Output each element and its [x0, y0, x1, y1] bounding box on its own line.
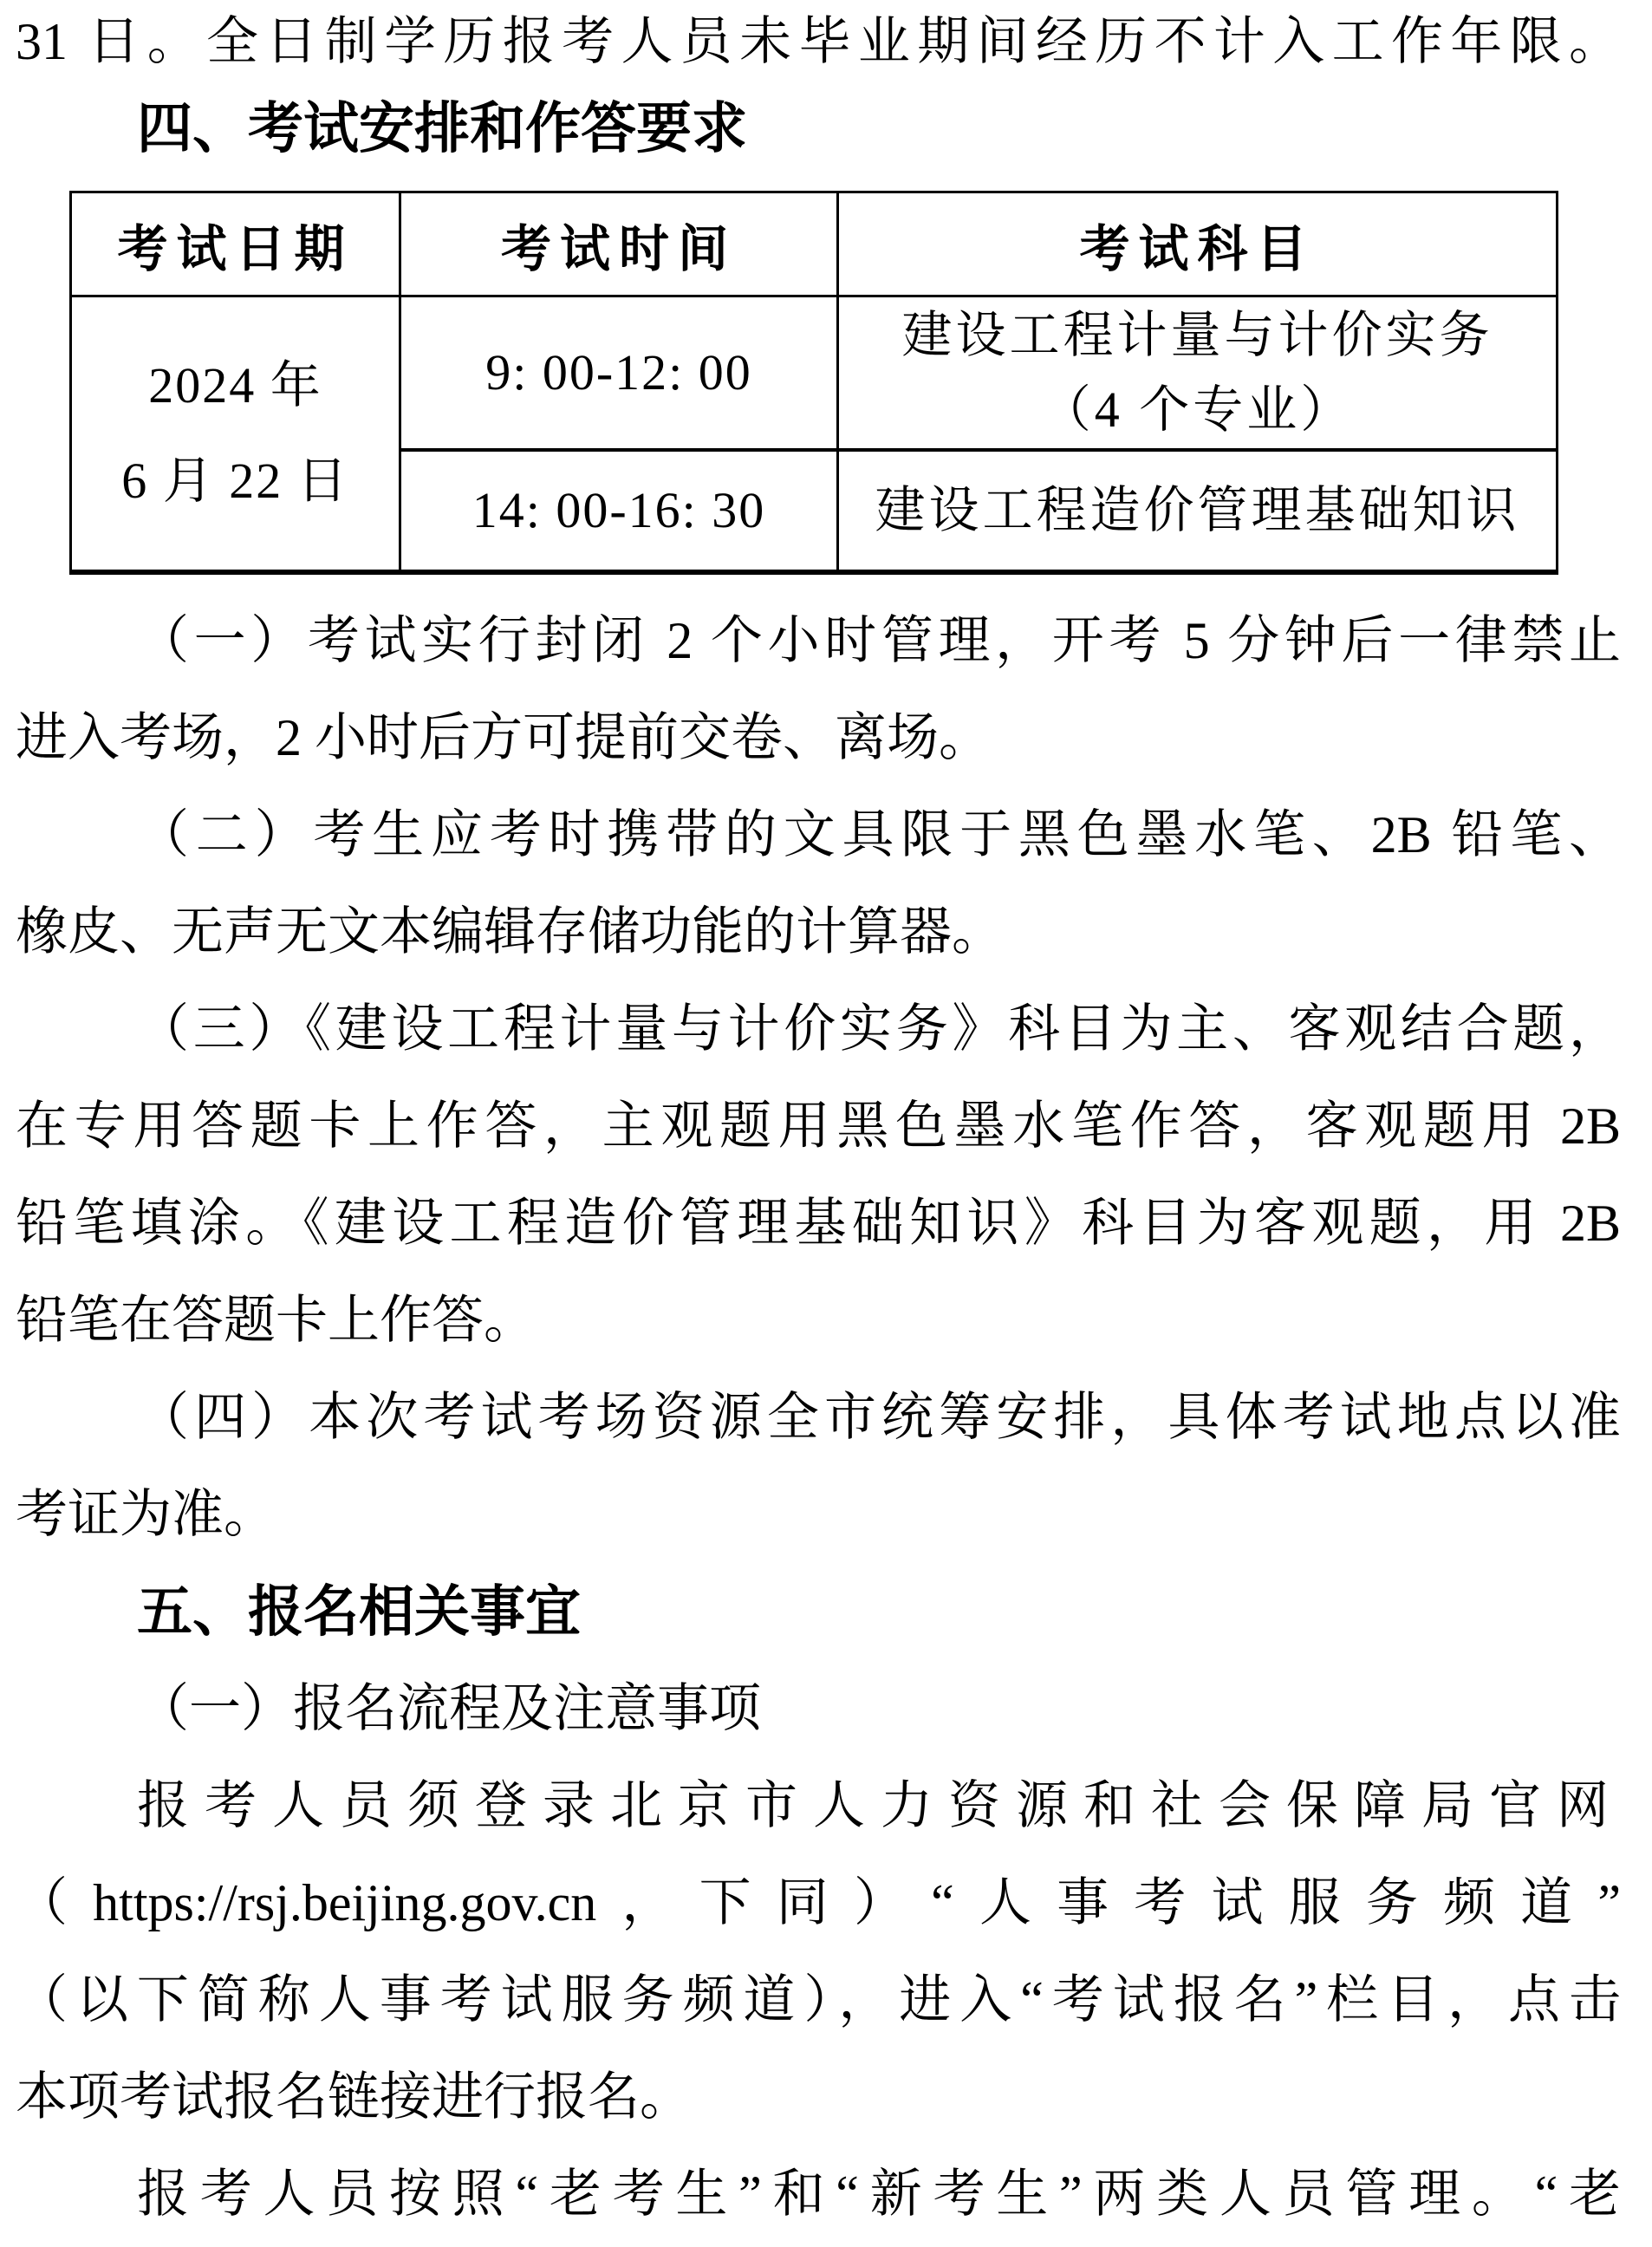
top-text-block: 31 日。全日制学历报考人员未毕业期间经历不计入工作年限。四、考试安排和作答要求: [16, 0, 1621, 173]
exam-subject-morning: 建设工程计量与计价实务 （4 个专业）: [838, 296, 1558, 450]
text-line: （一）报名流程及注意事项: [16, 1660, 1621, 1757]
exam-date-line1: 2024 年: [72, 338, 399, 433]
table-row-morning: 2024 年 6 月 22 日 9: 00-12: 00 建设工程计量与计价实务…: [71, 296, 1558, 450]
text-line: 橡皮、无声无文本编辑存储功能的计算器。: [16, 883, 1621, 980]
exam-time-morning: 9: 00-12: 00: [400, 296, 838, 450]
text-line: （一）考试实行封闭 2 个小时管理，开考 5 分钟后一律禁止: [16, 592, 1621, 689]
document-content: 31 日。全日制学历报考人员未毕业期间经历不计入工作年限。四、考试安排和作答要求…: [16, 0, 1621, 2243]
document-page: 31 日。全日制学历报考人员未毕业期间经历不计入工作年限。四、考试安排和作答要求…: [0, 0, 1652, 2247]
text-line: 31 日。全日制学历报考人员未毕业期间经历不计入工作年限。: [16, 0, 1621, 83]
text-line: （以下简称人事考试服务频道），进入“考试报名”栏目，点击: [16, 1951, 1621, 2048]
exam-subject-afternoon: 建设工程造价管理基础知识: [838, 450, 1558, 572]
text-line: （三）《建设工程计量与计价实务》科目为主、客观结合题，: [16, 980, 1621, 1078]
text-line: （四）本次考试考场资源全市统筹安排，具体考试地点以准: [16, 1369, 1621, 1466]
text-line: 铅笔在答题卡上作答。: [16, 1272, 1621, 1369]
exam-subject-morning-line1: 建设工程计量与计价实务: [839, 298, 1556, 373]
text-line: 报考人员按照“老考生”和“新考生”两类人员管理。“老: [16, 2146, 1621, 2243]
exam-date-cell: 2024 年 6 月 22 日: [71, 296, 400, 572]
text-line: 本项考试报名链接进行报名。: [16, 2048, 1621, 2146]
text-line: 进入考场，2 小时后方可提前交卷、离场。: [16, 689, 1621, 786]
text-line: 在专用答题卡上作答，主观题用黑色墨水笔作答，客观题用 2B: [16, 1078, 1621, 1175]
exam-subject-morning-line2: （4 个专业）: [839, 373, 1556, 447]
text-line: 考证为准。: [16, 1466, 1621, 1563]
section-heading: 五、报名相关事宜: [16, 1563, 1621, 1660]
exam-date-line2: 6 月 22 日: [72, 433, 399, 529]
text-line: （二）考生应考时携带的文具限于黑色墨水笔、2B 铅笔、: [16, 786, 1621, 883]
col-header-exam-date: 考试日期: [71, 192, 400, 296]
col-header-exam-subject: 考试科目: [838, 192, 1558, 296]
section-heading: 四、考试安排和作答要求: [16, 83, 1621, 173]
exam-time-afternoon: 14: 00-16: 30: [400, 450, 838, 572]
text-line: 铅笔填涂。《建设工程造价管理基础知识》科目为客观题，用 2B: [16, 1175, 1621, 1272]
text-line: （https://rsj.beijing.gov.cn，下同）“人事考试服务频道…: [16, 1854, 1621, 1951]
table-header-row: 考试日期 考试时间 考试科目: [71, 192, 1558, 296]
exam-schedule-table: 考试日期 考试时间 考试科目 2024 年 6 月 22 日 9: 00-12:…: [69, 191, 1558, 575]
col-header-exam-time: 考试时间: [400, 192, 838, 296]
bottom-text-block: （一）考试实行封闭 2 个小时管理，开考 5 分钟后一律禁止进入考场，2 小时后…: [16, 592, 1621, 2243]
text-line: 报考人员须登录北京市人力资源和社会保障局官网: [16, 1757, 1621, 1854]
